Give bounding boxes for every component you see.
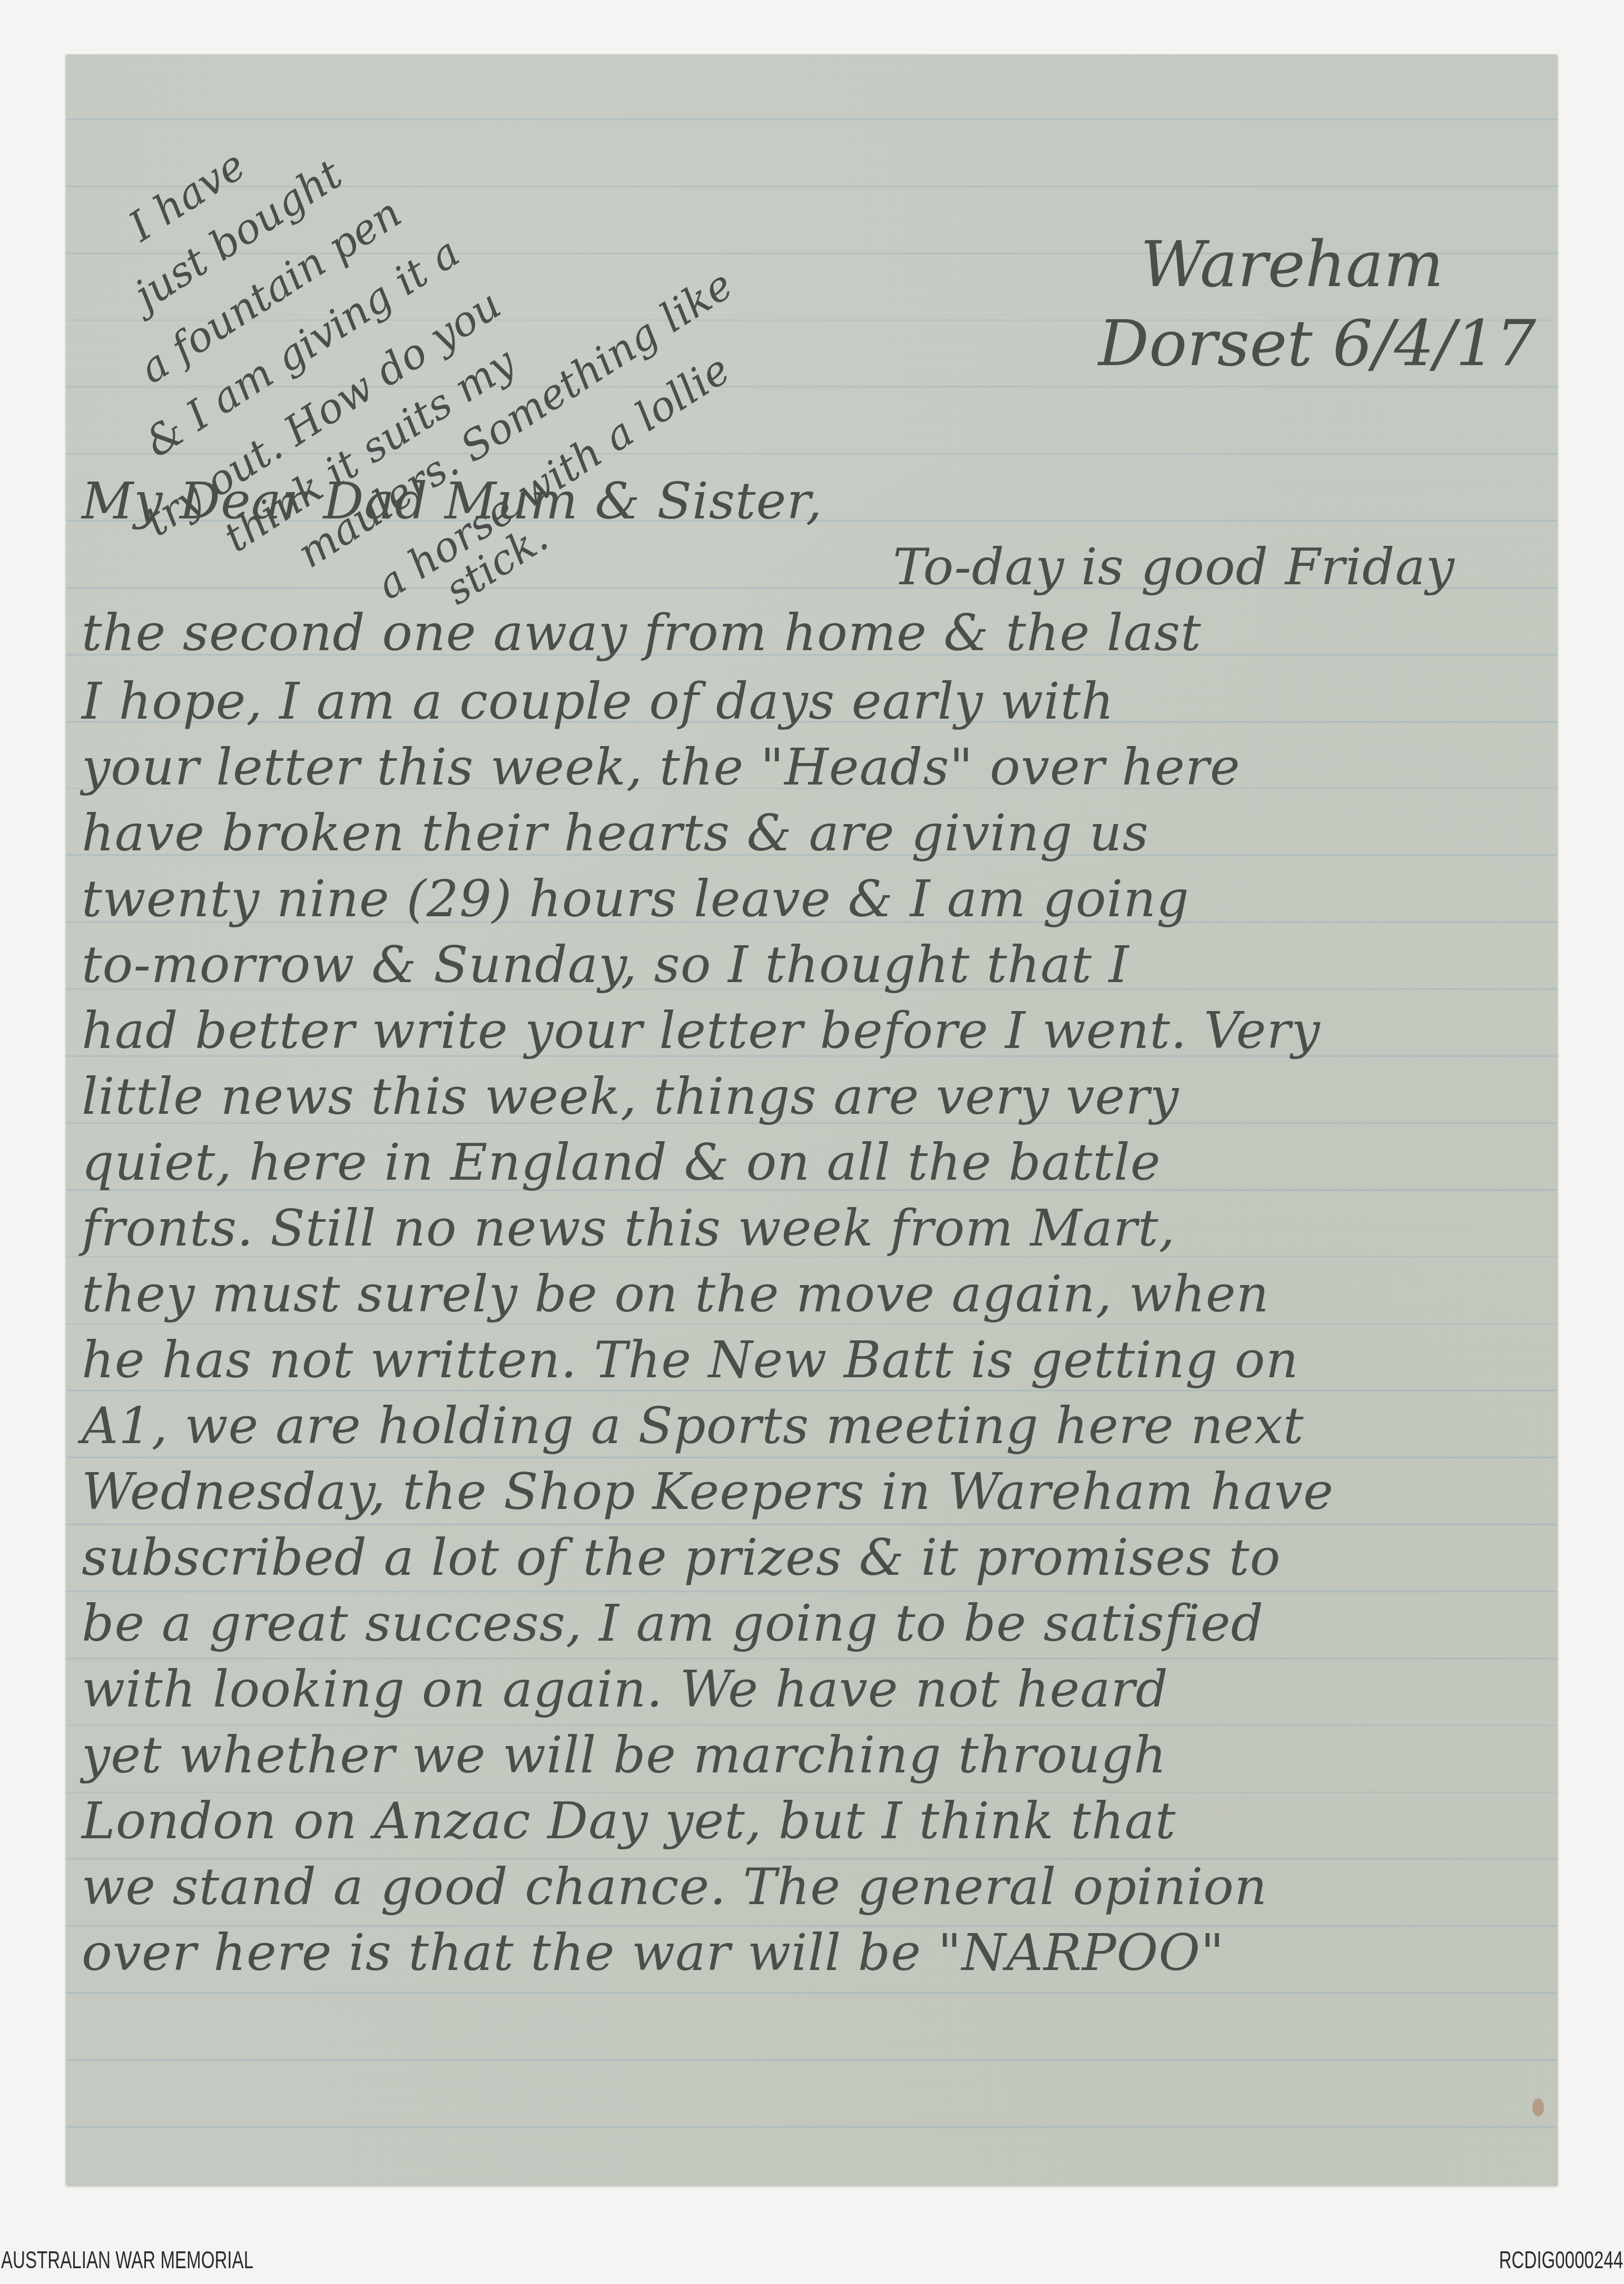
archive-institution-label: AUSTRALIAN WAR MEMORIAL bbox=[1, 2246, 253, 2274]
salutation: My Dear Dad Mum & Sister, bbox=[82, 476, 822, 526]
letter-line: over here is that the war will be "NARPO… bbox=[82, 1927, 1224, 1978]
letter-line: had better write your letter before I we… bbox=[82, 1005, 1321, 1056]
letter-line: we stand a good chance. The general opin… bbox=[82, 1861, 1267, 1912]
letter-body: My Dear Dad Mum & Sister, To-day is good… bbox=[66, 54, 1558, 2185]
letter-line: little news this week, things are very v… bbox=[82, 1071, 1179, 1122]
archive-record-id: RCDIG0000244 bbox=[1499, 2246, 1623, 2274]
letter-page: I have just bought a fountain pen & I am… bbox=[66, 54, 1558, 2185]
letter-line: subscribed a lot of the prizes & it prom… bbox=[82, 1532, 1281, 1583]
letter-line: I hope, I am a couple of days early with bbox=[82, 676, 1114, 727]
letter-line: they must surely be on the move again, w… bbox=[82, 1269, 1269, 1319]
letter-line: your letter this week, the "Heads" over … bbox=[82, 742, 1241, 792]
letter-line: to-morrow & Sunday, so I thought that I bbox=[82, 939, 1129, 990]
letter-line: quiet, here in England & on all the batt… bbox=[82, 1137, 1161, 1188]
letter-line: Wednesday, the Shop Keepers in Wareham h… bbox=[82, 1466, 1334, 1517]
letter-line: London on Anzac Day yet, but I think tha… bbox=[82, 1796, 1176, 1846]
letter-line: he has not written. The New Batt is gett… bbox=[82, 1335, 1298, 1385]
letter-line: A1, we are holding a Sports meeting here… bbox=[82, 1400, 1304, 1451]
letter-line: with looking on again. We have not heard bbox=[82, 1664, 1168, 1714]
letter-line: To-day is good Friday bbox=[893, 542, 1455, 592]
letter-line: fronts. Still no news this week from Mar… bbox=[82, 1203, 1175, 1253]
letter-line: twenty nine (29) hours leave & I am goin… bbox=[82, 874, 1189, 924]
ink-stain bbox=[1532, 2099, 1544, 2116]
letter-line: have broken their hearts & are giving us bbox=[82, 808, 1149, 858]
letter-line: yet whether we will be marching through bbox=[82, 1730, 1167, 1780]
letter-line: the second one away from home & the last bbox=[82, 607, 1202, 658]
letter-line: be a great success, I am going to be sat… bbox=[82, 1598, 1264, 1649]
